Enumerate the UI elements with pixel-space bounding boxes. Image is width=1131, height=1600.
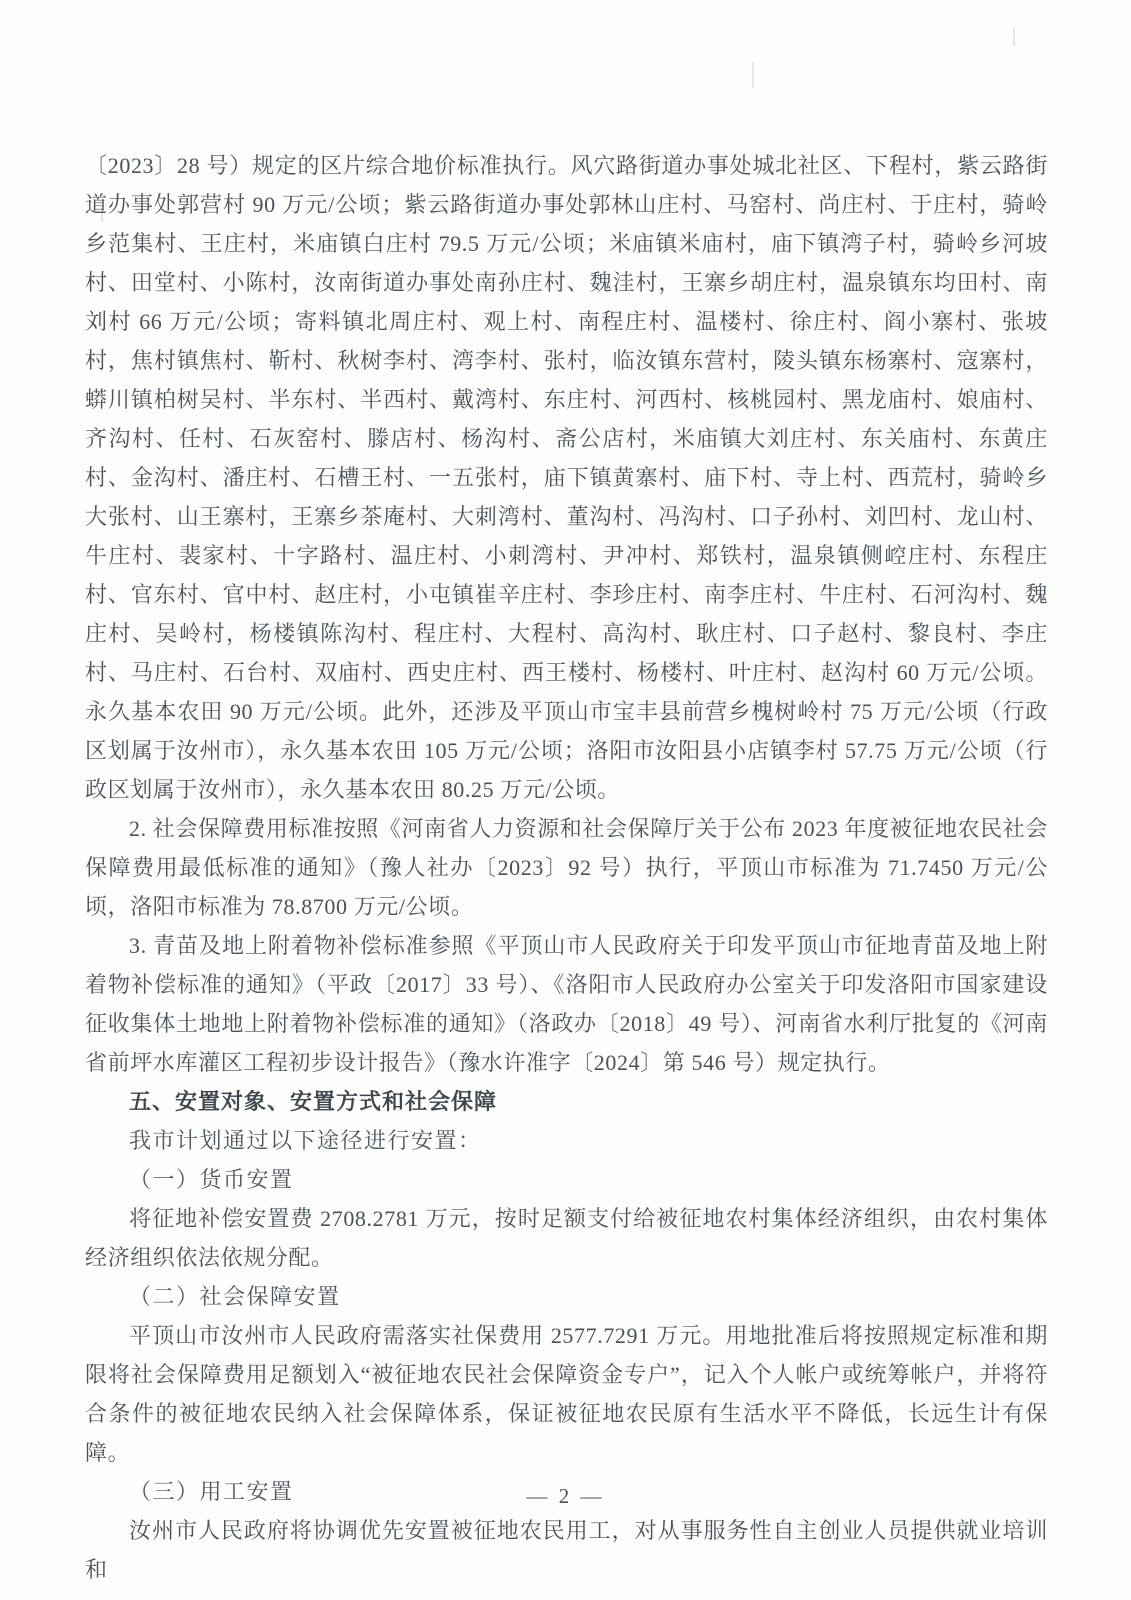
paragraph-crops-attachments-standard: 3. 青苗及地上附着物补偿标准参照《平顶山市人民政府关于印发平顶山市征地青苗及地… bbox=[85, 926, 1048, 1082]
subheading-monetary-resettlement: （一）货币安置 bbox=[85, 1160, 1048, 1199]
paragraph-social-security-fee-standard: 2. 社会保障费用标准按照《河南省人力资源和社会保障厅关于公布 2023 年度被… bbox=[85, 809, 1048, 926]
subheading-social-security-resettlement: （二）社会保障安置 bbox=[85, 1277, 1048, 1316]
scan-speck bbox=[752, 62, 754, 88]
paragraph-resettlement-intro: 我市计划通过以下途径进行安置： bbox=[85, 1121, 1048, 1160]
paragraph-monetary-detail: 将征地补偿安置费 2708.2781 万元，按时足额支付给被征地农村集体经济组织… bbox=[85, 1199, 1048, 1277]
paragraph-employment-detail: 汝州市人民政府将协调优先安置被征地农民用工，对从事服务性自主创业人员提供就业培训… bbox=[85, 1511, 1048, 1589]
document-page: 〔2023〕28 号）规定的区片综合地价标准执行。风穴路街道办事处城北社区、下程… bbox=[0, 0, 1131, 1600]
page-number: — 2 — bbox=[0, 1484, 1131, 1509]
document-body: 〔2023〕28 号）规定的区片综合地价标准执行。风穴路街道办事处城北社区、下程… bbox=[85, 146, 1048, 1589]
paragraph-land-price-continued: 〔2023〕28 号）规定的区片综合地价标准执行。风穴路街道办事处城北社区、下程… bbox=[85, 146, 1048, 809]
scan-speck bbox=[1013, 28, 1015, 46]
heading-section-5: 五、安置对象、安置方式和社会保障 bbox=[85, 1082, 1048, 1121]
paragraph-social-security-detail: 平顶山市汝州市人民政府需落实社保费用 2577.7291 万元。用地批准后将按照… bbox=[85, 1316, 1048, 1472]
